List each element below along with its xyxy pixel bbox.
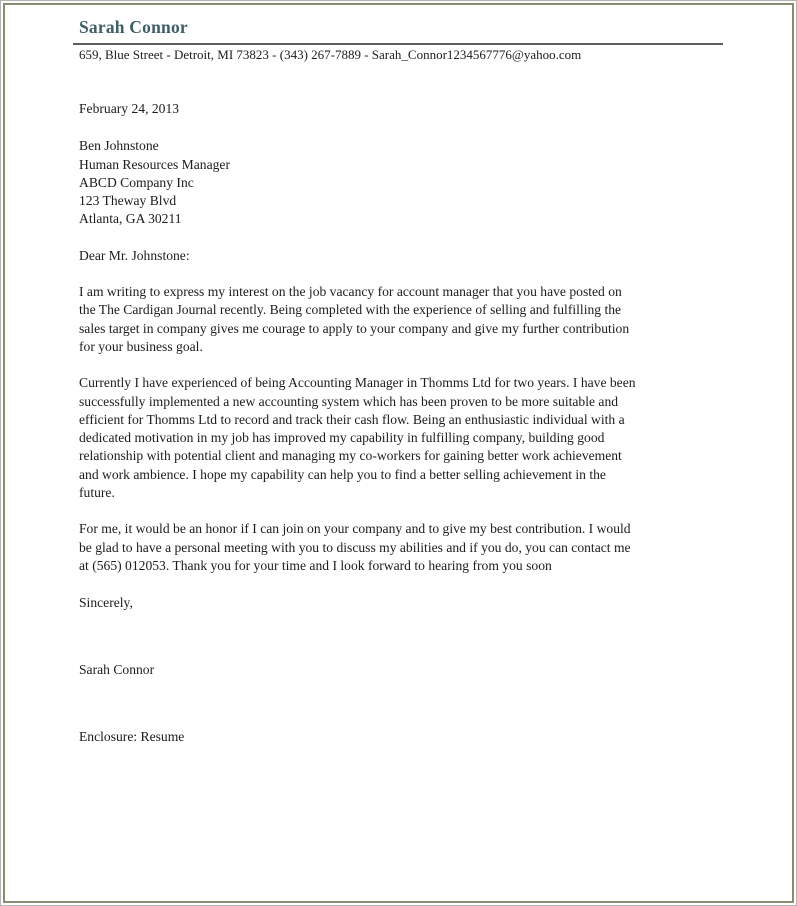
enclosure-note: Enclosure: Resume bbox=[79, 728, 724, 746]
closing-valediction: Sincerely, bbox=[79, 594, 724, 612]
signature-name: Sarah Connor bbox=[79, 661, 724, 679]
letter-content: Sarah Connor 659, Blue Street - Detroit,… bbox=[1, 1, 796, 746]
paragraph-intro: I am writing to express my interest on t… bbox=[79, 283, 724, 356]
paragraph-closing-request: For me, it would be an honor if I can jo… bbox=[79, 520, 724, 575]
letter-date: February 24, 2013 bbox=[79, 100, 724, 118]
letterhead: Sarah Connor 659, Blue Street - Detroit,… bbox=[79, 16, 724, 63]
sender-name: Sarah Connor bbox=[79, 16, 724, 39]
contact-line: 659, Blue Street - Detroit, MI 73823 - (… bbox=[79, 47, 724, 63]
paragraph-experience: Currently I have experienced of being Ac… bbox=[79, 374, 724, 502]
recipient-title: Human Resources Manager bbox=[79, 156, 724, 174]
salutation: Dear Mr. Johnstone: bbox=[79, 247, 724, 265]
letter-page: Sarah Connor 659, Blue Street - Detroit,… bbox=[0, 0, 797, 906]
recipient-city: Atlanta, GA 30211 bbox=[79, 210, 724, 228]
recipient-company: ABCD Company Inc bbox=[79, 174, 724, 192]
recipient-block: Ben Johnstone Human Resources Manager AB… bbox=[79, 137, 724, 228]
header-divider bbox=[73, 43, 723, 45]
recipient-name: Ben Johnstone bbox=[79, 137, 724, 155]
recipient-street: 123 Theway Blvd bbox=[79, 192, 724, 210]
